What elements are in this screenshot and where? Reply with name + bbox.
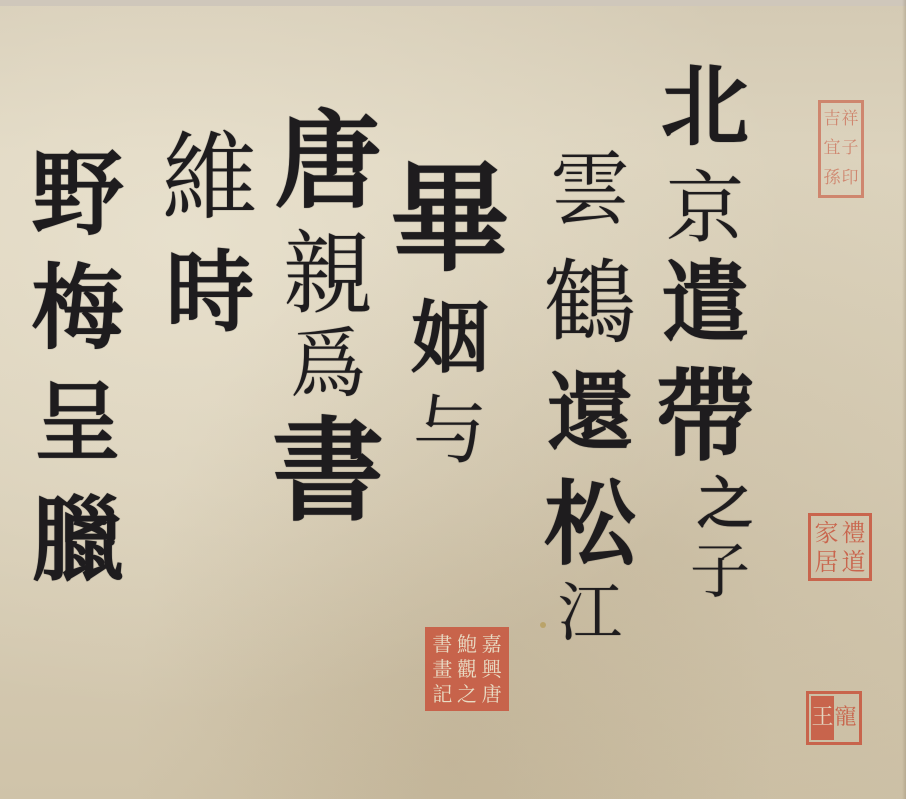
char: 江	[558, 582, 622, 646]
char: 松	[544, 478, 636, 570]
char: 呈	[35, 380, 121, 466]
char: 維	[162, 130, 258, 226]
char: 爲	[290, 326, 366, 402]
text-column-4: 唐 寅 親 爲 書	[268, 108, 388, 528]
text-column-3: 畢 姻 与	[390, 160, 510, 468]
seal-char: 宜	[823, 134, 841, 163]
text-column-6: 野 梅 呈 臘	[20, 148, 135, 586]
char: 北	[661, 62, 749, 150]
seal-bottom-right: 王 寵	[806, 691, 862, 745]
seal-char: 孫	[823, 164, 841, 193]
seal-char: 記	[430, 681, 455, 706]
char: 雲	[550, 150, 630, 230]
char: 与	[413, 394, 487, 468]
seal-char: 嘉	[479, 632, 504, 657]
char: 畢	[391, 160, 509, 278]
text-column-2: 雲 鶴 還 松 江	[530, 150, 650, 646]
seal-char: 唐	[479, 681, 504, 706]
char: 書	[272, 416, 384, 528]
char: 遣	[661, 258, 749, 346]
char: 還	[547, 370, 633, 456]
char: 姻	[411, 300, 489, 378]
seal-char: 禮	[840, 518, 867, 547]
paper-stain	[540, 622, 546, 628]
seal-char: 寵	[834, 696, 857, 740]
seal-char: 印	[841, 164, 859, 193]
seal-char: 興	[479, 657, 504, 682]
seal-char: 鮑	[455, 632, 480, 657]
seal-char: 祥	[841, 105, 859, 134]
text-column-5: 維 時	[155, 130, 265, 336]
seal-char: 書	[430, 632, 455, 657]
seal-char: 子	[841, 134, 859, 163]
char: 時	[166, 248, 254, 336]
text-column-1: 北 京 遣 帶 之 子	[650, 62, 760, 602]
char: 唐	[275, 108, 381, 214]
char: 野	[31, 148, 123, 240]
char: 子	[690, 542, 750, 602]
seal-char: 畫	[430, 657, 455, 682]
seal-char: 觀	[455, 657, 480, 682]
seal-char: 吉	[823, 105, 841, 134]
seal-char: 王	[811, 696, 834, 740]
char: 梅	[31, 262, 123, 354]
seal-mid-right: 家 禮 居 道	[808, 513, 872, 581]
char: 之	[697, 476, 753, 532]
char: 鶴	[544, 258, 636, 350]
char: 京	[666, 170, 744, 248]
seal-center: 書 鮑 嘉 畫 觀 興 記 之 唐	[425, 627, 509, 711]
seal-char: 之	[455, 681, 480, 706]
char: 臘	[31, 494, 123, 586]
seal-char: 家	[813, 518, 840, 547]
char: 帶	[655, 366, 755, 466]
char: 親	[283, 230, 373, 320]
seal-top-right: 吉 祥 宜 子 孫 印	[818, 100, 864, 198]
calligraphy-paper: 北 京 遣 帶 之 子 雲 鶴 還 松 江 畢 姻 与 唐 寅 親 爲 書 維 …	[0, 0, 906, 799]
seal-char: 道	[840, 547, 867, 576]
seal-char: 居	[813, 547, 840, 576]
